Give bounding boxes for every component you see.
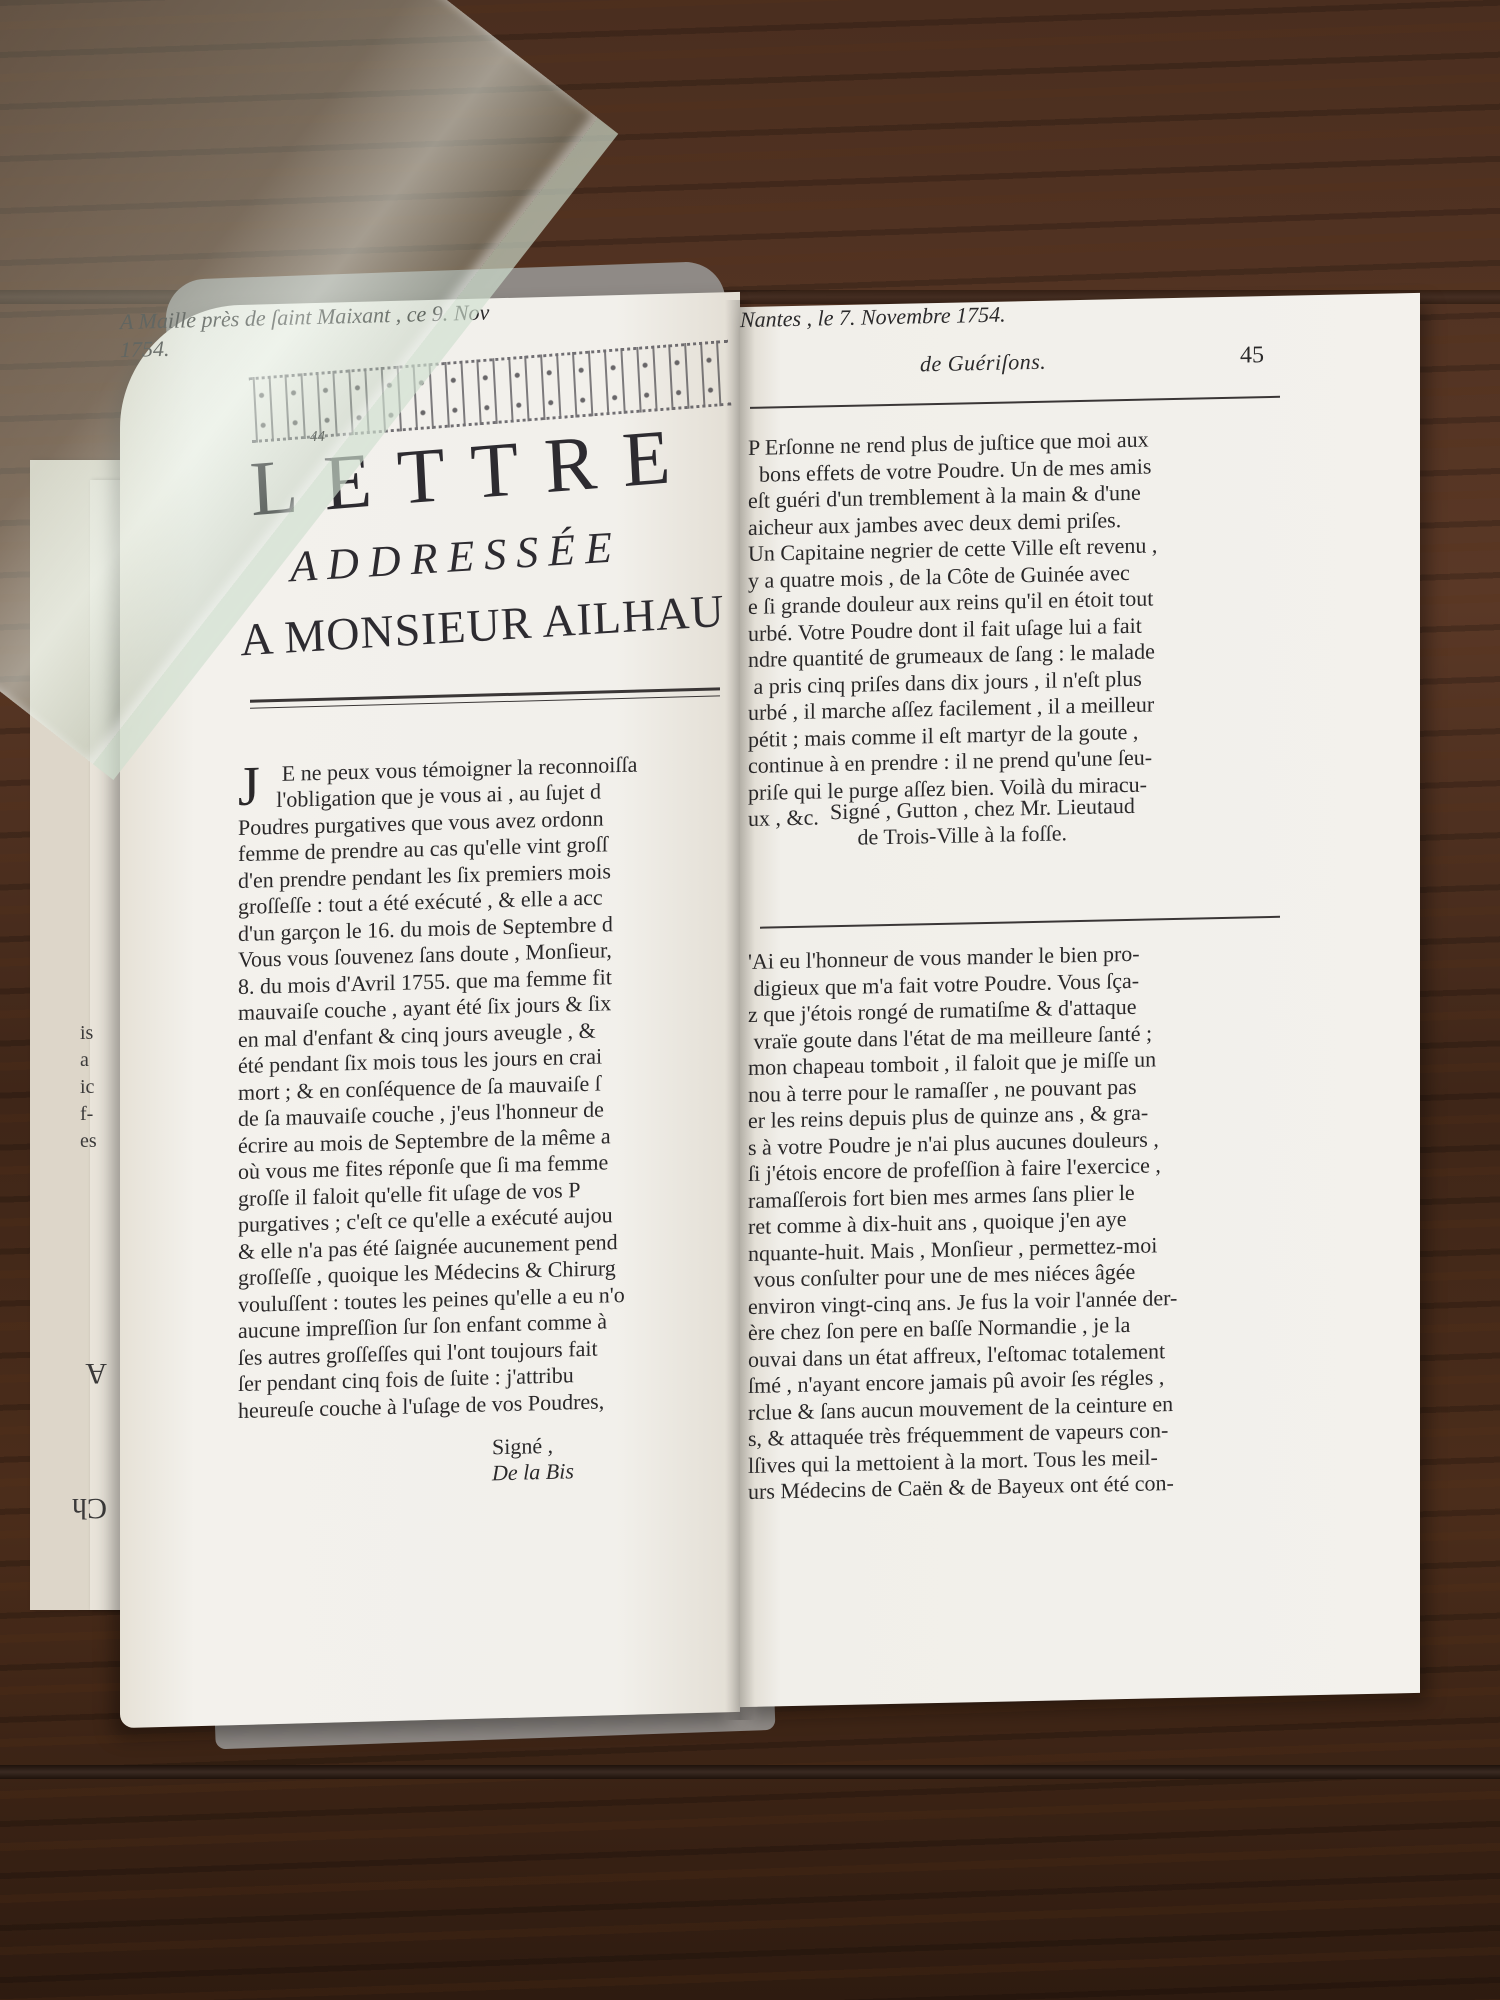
letter-body: P Erſonne ne rend plus de juſtice que mo… [748,426,1157,832]
table-plank-seam [0,1765,1500,1779]
title-addressee: ADDRESSÉE [289,521,623,592]
drop-cap: J [238,761,260,812]
letter-body: 'Ai eu l'honneur de vous mander le bien … [748,940,1177,1505]
signature: Signé , De la Bis [470,1406,574,1513]
page-number: 45 [1240,342,1264,370]
title-rule [250,687,720,702]
edge-text-fragments: ChA [72,1360,107,1522]
letter-separator-rule [760,916,1280,929]
running-head: de Guériſons. [920,349,1046,378]
book-gutter [725,300,755,1720]
header-rule [750,396,1280,409]
right-page: de Guériſons. 45 P Erſonne ne rend plus … [740,293,1420,1707]
signature-line: Signé , Gutton , chez Mr. Lieutaud [830,793,1135,824]
title-monsieur-ailhaud: A MONSIEUR AILHAU [239,584,725,667]
signature-line: de Trois-Ville à la foſſe. [858,820,1067,849]
letter-body-text: E ne peux vous témoigner la reconnoiſſa … [238,751,637,1422]
signature-label: Signé , [492,1433,553,1460]
letter-body: JE ne peux vous témoigner la reconnoiſſa… [238,725,637,1451]
signature-name: De la Bis [492,1458,574,1485]
signature: Signé , Gutton , chez Mr. Lieutaud de Tr… [830,793,1135,851]
edge-text-fragments: isaicf-es [80,1020,97,1155]
